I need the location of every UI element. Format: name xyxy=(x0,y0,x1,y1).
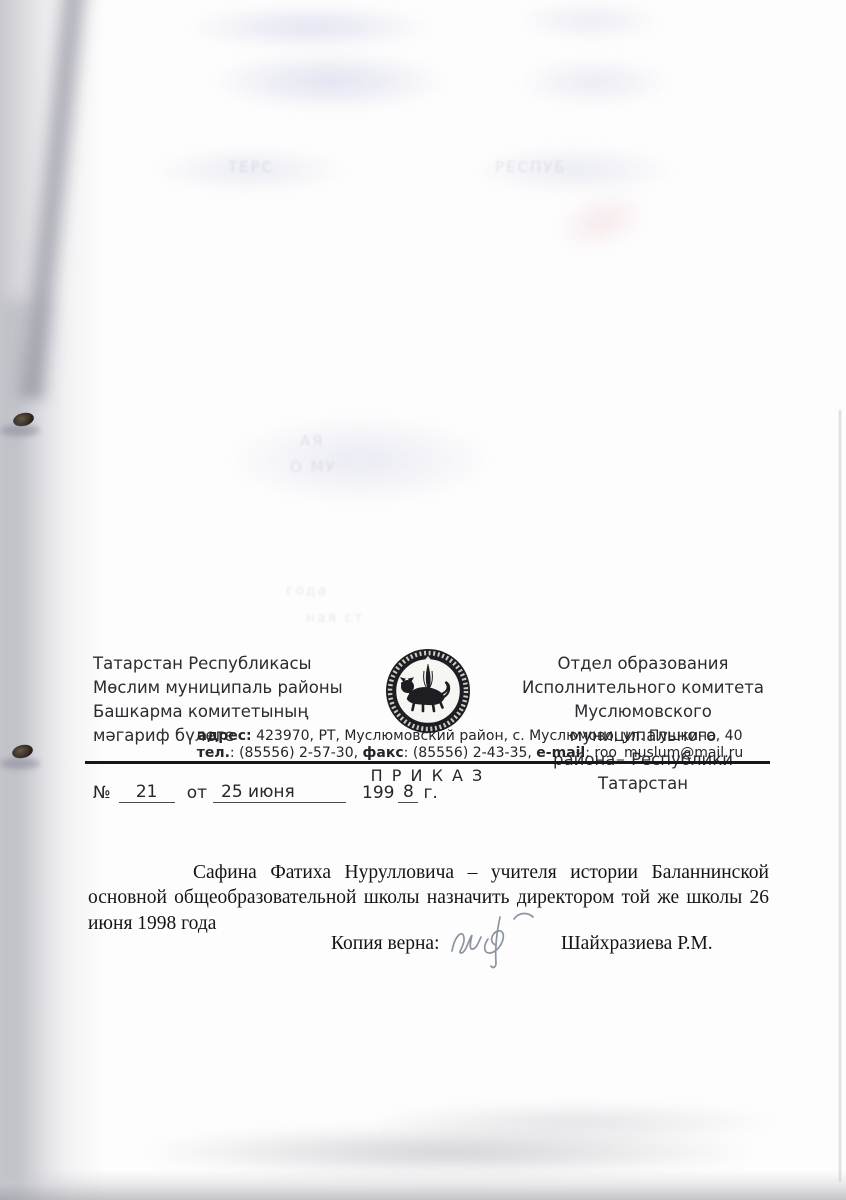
bleed-through-smudge xyxy=(150,148,350,192)
address-value: 423970, РТ, Муслюмовский район, с. Муслю… xyxy=(252,728,743,744)
bleed-through-text: РЕСПУБ xyxy=(495,158,567,176)
letterhead-line: Мөслим муниципаль районы xyxy=(93,676,343,700)
phone-value: : (85556) 2-57-30, xyxy=(230,745,363,761)
punch-hole-shadow xyxy=(0,758,40,769)
bleed-through-text: ная ст xyxy=(306,610,364,626)
fax-value: : (85556) 2-43-35, xyxy=(404,745,537,761)
letterhead-line: Отдел образования xyxy=(515,652,771,676)
number-sign: № xyxy=(93,783,111,803)
from-label: от xyxy=(187,783,207,803)
bleed-through-smudge xyxy=(210,52,450,110)
bleed-through-text: ТЕРС xyxy=(228,158,274,176)
order-date-field: 25 июня xyxy=(213,782,346,803)
fax-label: факс xyxy=(363,745,404,761)
address-label: адрес: xyxy=(197,728,251,744)
year-suffix: г. xyxy=(423,783,437,803)
bleed-through-text: О МУ xyxy=(290,458,337,476)
letterhead-line: Башкарма комитетының xyxy=(93,700,343,724)
scan-smudge xyxy=(360,1102,790,1142)
handwritten-signature xyxy=(448,905,548,979)
bleed-through-smudge xyxy=(515,2,665,40)
phone-label: тел. xyxy=(197,745,230,761)
copy-certified-label: Копия верна: xyxy=(331,933,440,955)
order-number-field: 21 xyxy=(119,782,175,803)
bleed-through-ink-mark xyxy=(545,178,658,264)
email-label: e-mail xyxy=(536,745,585,761)
page-right-edge xyxy=(839,410,841,1182)
letterhead-line: Татарстан Республикасы xyxy=(93,652,343,676)
tatarstan-coat-of-arms-icon xyxy=(384,647,472,739)
letterhead-contacts: адрес: 423970, РТ, Муслюмовский район, с… xyxy=(95,728,845,762)
year-prefix: 199 xyxy=(362,783,394,803)
bleed-through-text: года xyxy=(286,583,328,599)
certifier-name: Шайхразиева Р.М. xyxy=(561,933,713,955)
year-digit-field: 8 xyxy=(398,782,418,803)
bleed-through-smudge xyxy=(470,146,680,194)
bleed-through-smudge xyxy=(185,6,435,48)
phone-line: тел.: (85556) 2-57-30, факс: (85556) 2-4… xyxy=(95,745,845,762)
bleed-through-smudge xyxy=(225,415,495,505)
certification-row: Копия верна: Шайхразиева Р.М. xyxy=(0,905,846,975)
order-number-line: № 21 от 25 июня 199 8 г. xyxy=(93,782,438,803)
scanned-document-page: ТЕРС РЕСПУБ АЯ О МУ года ная ст Татарста… xyxy=(0,0,846,1200)
address-line: адрес: 423970, РТ, Муслюмовский район, с… xyxy=(95,728,845,745)
bleed-through-text: АЯ xyxy=(300,432,325,450)
letterhead-line: Исполнительного комитета xyxy=(515,676,771,700)
bleed-through-smudge xyxy=(515,58,675,106)
email-value: : roo_muslum@mail.ru xyxy=(585,745,743,761)
letterhead-divider xyxy=(85,761,770,764)
punch-hole-shadow xyxy=(0,425,40,436)
